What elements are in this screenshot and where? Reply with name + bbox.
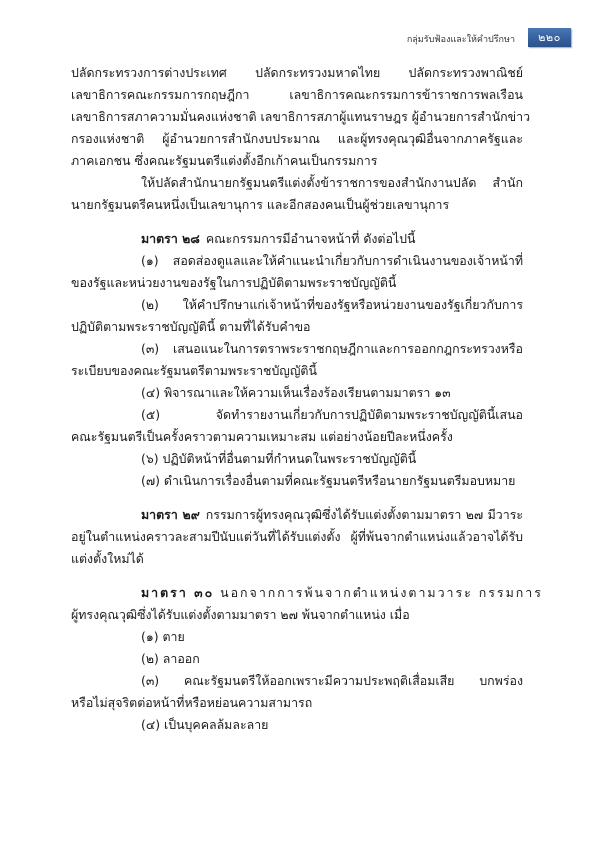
section-heading-line: มาตรา ๒๘คณะกรรมการมีอำนาจหน้าที่ ดังต่อไ… xyxy=(71,228,523,250)
list-item: (๑) ตาย xyxy=(71,626,523,648)
text-line: ให้ปลัดสำนักนายกรัฐมนตรีแต่งตั้งข้าราชกา… xyxy=(71,172,523,194)
list-item: (๔) พิจารณาและให้ความเห็นเรื่องร้องเรียน… xyxy=(71,382,523,404)
list-item: (๑) สอดส่องดูแลและให้คำแนะนำเกี่ยวกับการ… xyxy=(71,250,523,272)
text-line: เลขาธิการคณะกรรมการกฤษฎีกา เลขาธิการคณะก… xyxy=(71,84,523,106)
section-heading-line: มาตรา ๓๐นอกจากการพ้นจากตำแหน่งตามวาระ กร… xyxy=(71,582,523,604)
secretary-paragraph: ให้ปลัดสำนักนายกรัฐมนตรีแต่งตั้งข้าราชกา… xyxy=(71,172,523,216)
list-item-continuation: คณะรัฐมนตรีเป็นครั้งคราวตามความเหมาะสม แ… xyxy=(71,426,523,448)
text-line: ผู้ทรงคุณวุฒิซึ่งได้รับแต่งตั้งตามมาตรา … xyxy=(71,604,523,626)
page-number-badge: ๒๒๐ xyxy=(528,28,571,47)
document-body: ปลัดกระทรวงการต่างประเทศ ปลัดกระทรวงมหาด… xyxy=(71,62,523,736)
header-title: กลุ่มรับฟ้องและให้คำปรึกษา xyxy=(407,32,515,46)
section-heading-line: มาตรา ๒๙กรรมการผู้ทรงคุณวุฒิซึ่งได้รับแต… xyxy=(71,504,523,526)
text-line: แต่งตั้งใหม่ได้ xyxy=(71,548,523,570)
text-line: อยู่ในตำแหน่งคราวละสามปีนับแต่วันที่ได้ร… xyxy=(71,526,523,548)
list-item: (๕) จัดทำรายงานเกี่ยวกับการปฏิบัติตามพระ… xyxy=(71,404,523,426)
section-label: มาตรา ๒๘ xyxy=(141,231,200,246)
list-item-continuation: ปฏิบัติตามพระราชบัญญัตินี้ ตามที่ได้รับค… xyxy=(71,316,523,338)
section-text: นอกจากการพ้นจากตำแหน่งตามวาระ กรรมการ xyxy=(220,585,543,600)
section-label: มาตรา ๓๐ xyxy=(141,585,214,600)
list-item: (๖) ปฏิบัติหน้าที่อื่นตามที่กำหนดในพระรา… xyxy=(71,448,523,470)
list-item: (๓) คณะรัฐมนตรีให้ออกเพราะมีความประพฤติเ… xyxy=(71,670,523,692)
text-line: ปลัดกระทรวงการต่างประเทศ ปลัดกระทรวงมหาด… xyxy=(71,62,523,84)
list-item: (๒) ให้คำปรึกษาแก่เจ้าหน้าที่ของรัฐหรือห… xyxy=(71,294,523,316)
section-28: มาตรา ๒๘คณะกรรมการมีอำนาจหน้าที่ ดังต่อไ… xyxy=(71,228,523,492)
list-item: (๓) เสนอแนะในการตราพระราชกฤษฎีกาและการออ… xyxy=(71,338,523,360)
text-line: กรองแห่งชาติ ผู้อำนวยการสำนักงบประมาณ แล… xyxy=(71,128,523,150)
list-item: (๔) เป็นบุคคลล้มละลาย xyxy=(71,714,523,736)
section-text: คณะกรรมการมีอำนาจหน้าที่ ดังต่อไปนี้ xyxy=(206,231,416,246)
list-item-continuation: ของรัฐและหน่วยงานของรัฐในการปฏิบัติตามพร… xyxy=(71,272,523,294)
page-header: กลุ่มรับฟ้องและให้คำปรึกษา ๒๒๐ xyxy=(0,28,595,48)
text-line: นายกรัฐมนตรีคนหนึ่งเป็นเลขานุการ และอีกส… xyxy=(71,194,523,216)
section-30: มาตรา ๓๐นอกจากการพ้นจากตำแหน่งตามวาระ กร… xyxy=(71,582,523,736)
intro-paragraph: ปลัดกระทรวงการต่างประเทศ ปลัดกระทรวงมหาด… xyxy=(71,62,523,172)
list-item-continuation: ระเบียบของคณะรัฐมนตรีตามพระราชบัญญัตินี้ xyxy=(71,360,523,382)
list-item: (๗) ดำเนินการเรื่องอื่นตามที่คณะรัฐมนตรี… xyxy=(71,470,523,492)
list-item: (๒) ลาออก xyxy=(71,648,523,670)
list-item-continuation: หรือไม่สุจริตต่อหน้าที่หรือหย่อนความสามา… xyxy=(71,692,523,714)
text-line: เลขาธิการสภาความมั่นคงแห่งชาติ เลขาธิการ… xyxy=(71,106,523,128)
section-text: กรรมการผู้ทรงคุณวุฒิซึ่งได้รับแต่งตั้งตา… xyxy=(206,507,523,522)
section-29: มาตรา ๒๙กรรมการผู้ทรงคุณวุฒิซึ่งได้รับแต… xyxy=(71,504,523,570)
text-line: ภาคเอกชน ซึ่งคณะรัฐมนตรีแต่งตั้งอีกเก้าค… xyxy=(71,150,523,172)
section-label: มาตรา ๒๙ xyxy=(141,507,200,522)
